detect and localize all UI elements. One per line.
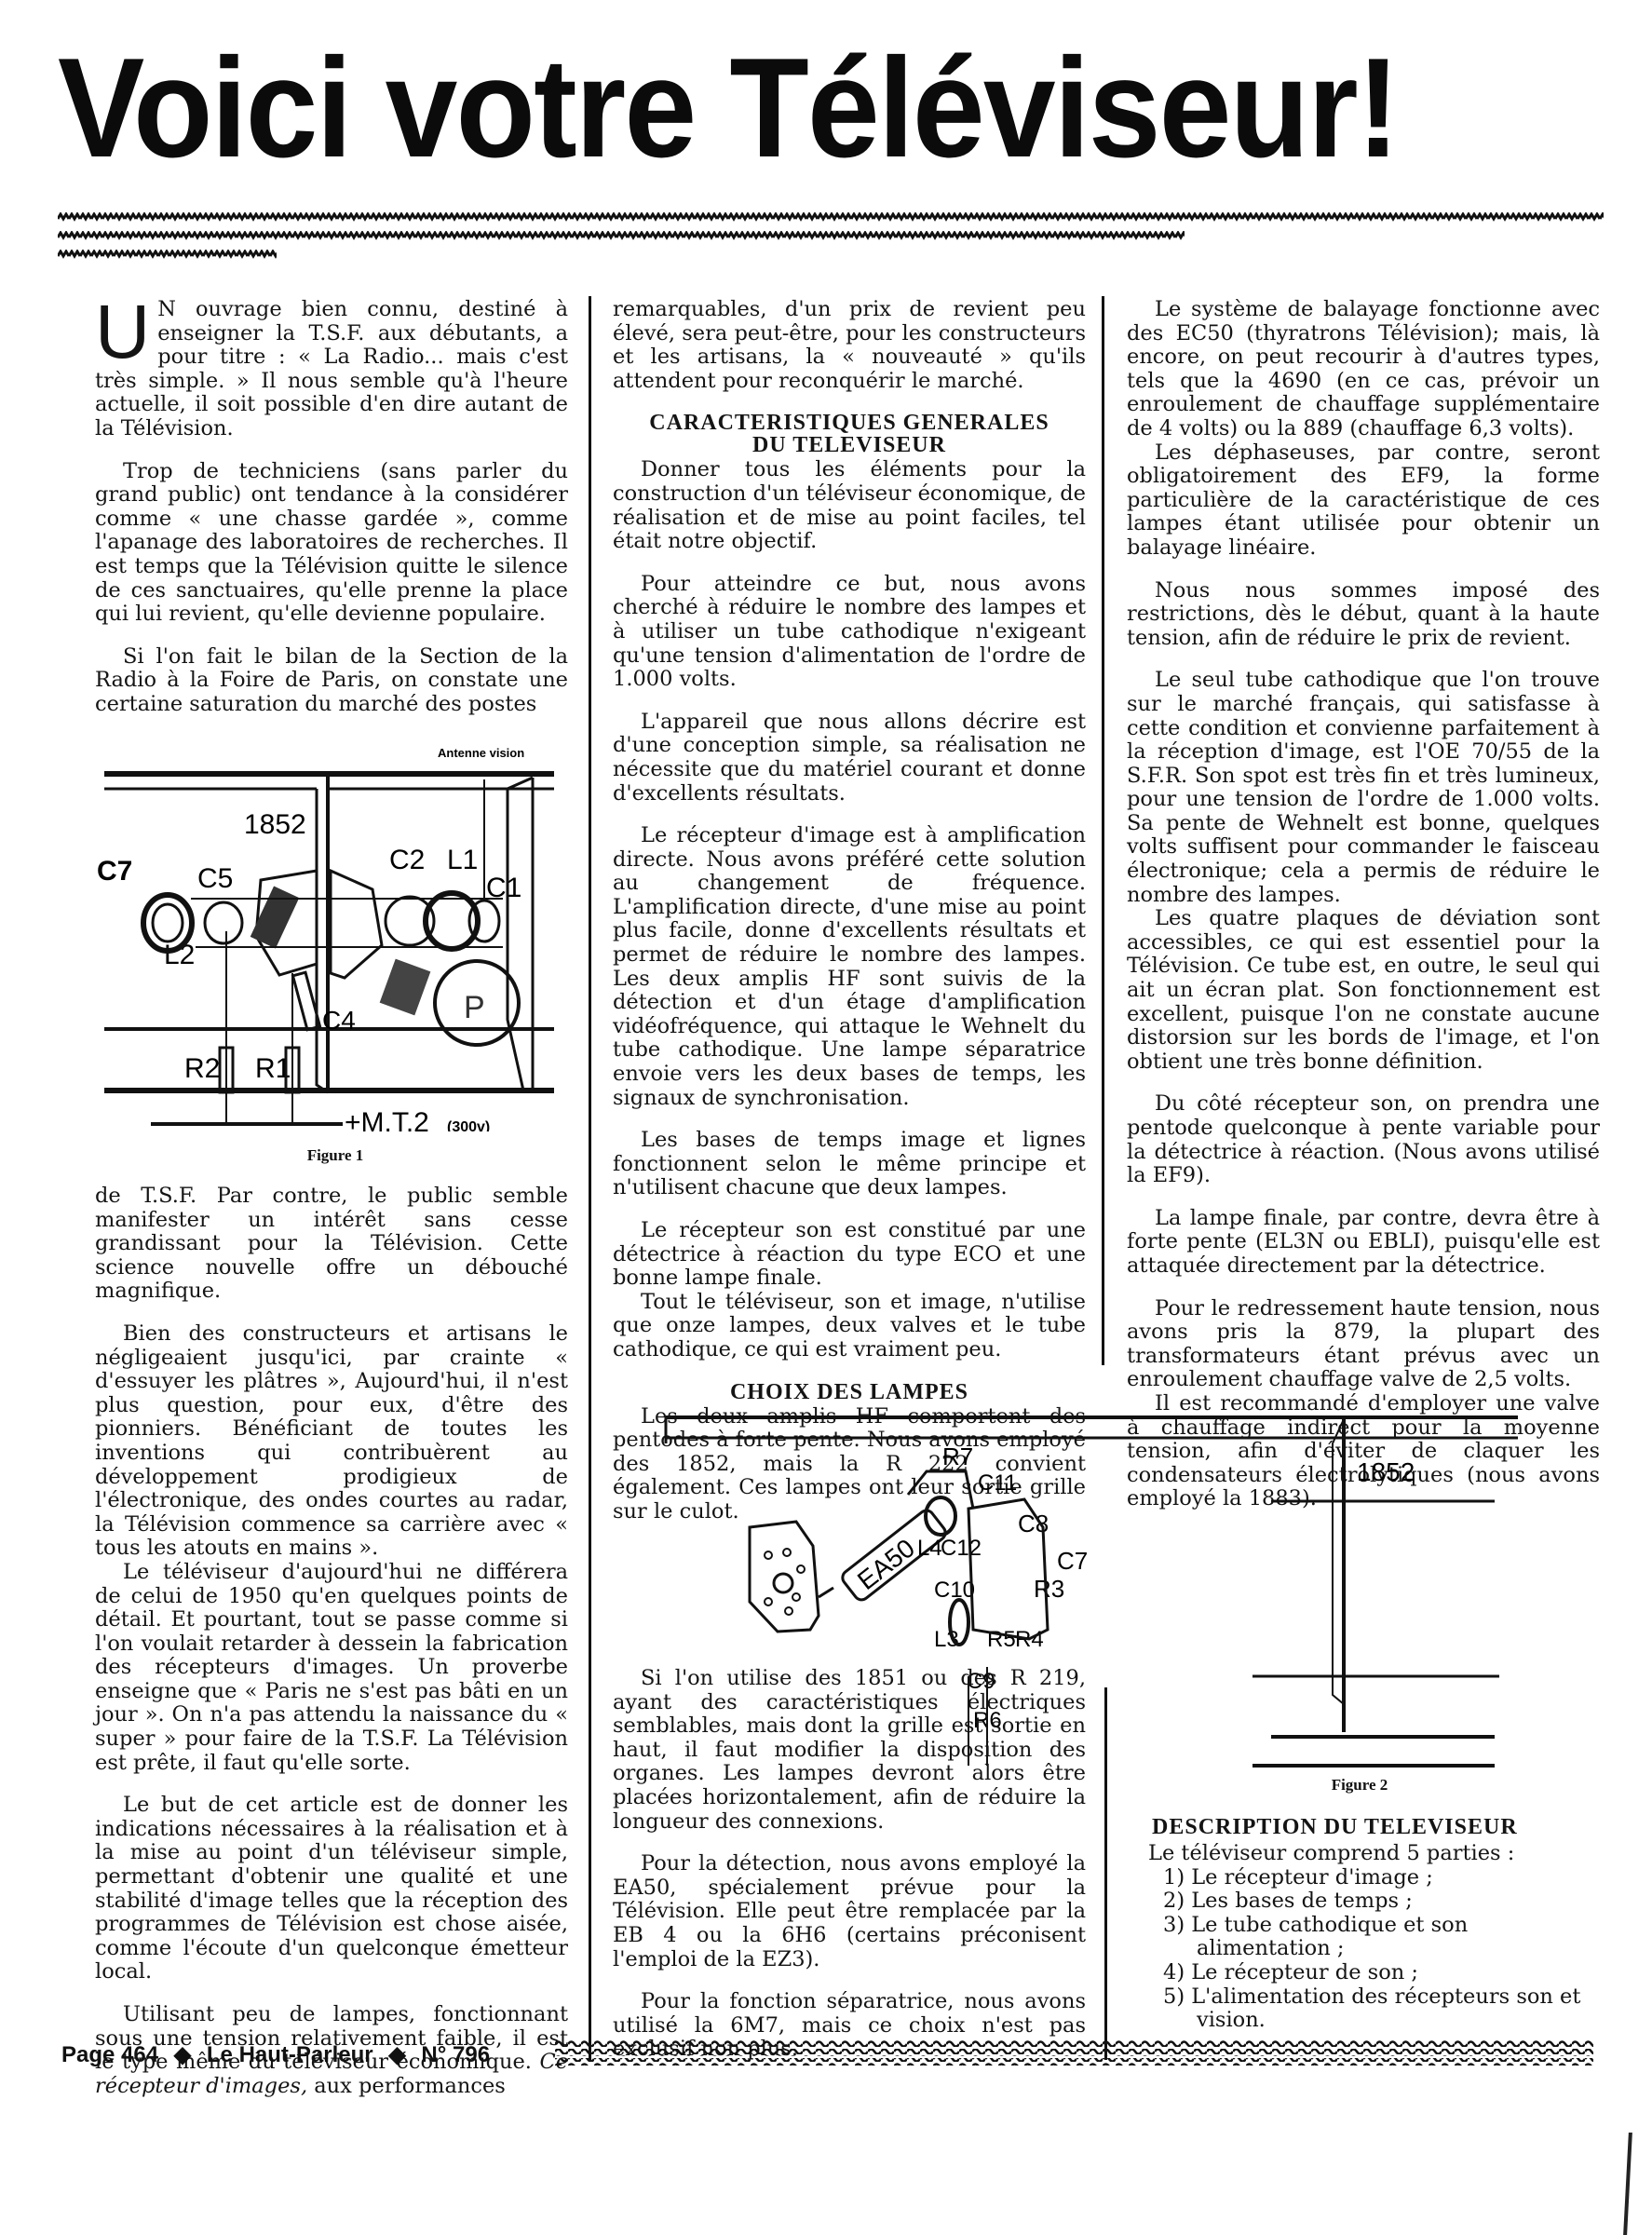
svg-text:C12: C12 xyxy=(941,1536,982,1561)
svg-text:R7: R7 xyxy=(942,1443,973,1470)
antenna-label: Antenne vision xyxy=(438,746,524,760)
issue-number: N° 796 xyxy=(421,2042,490,2067)
section-heading-description: DESCRIPTION DU TELEVISEUR xyxy=(1152,1816,1597,1838)
edge-mark xyxy=(1623,2133,1632,2235)
column-divider-3 xyxy=(1104,1687,1107,2060)
svg-text:C10: C10 xyxy=(934,1578,975,1603)
tube-1852-label: 1852 xyxy=(1357,1457,1415,1486)
list-item: 1) Le récepteur d'image ; xyxy=(1141,1866,1597,1890)
page-footer: Page 464 ◆ Le Haut-Parleur ◆ N° 796 xyxy=(61,2041,490,2068)
parts-list: 1) Le récepteur d'image ; 2) Les bases d… xyxy=(1141,1866,1597,2033)
paragraph: La lampe finale, par contre, devra être … xyxy=(1127,1207,1600,1279)
column-2-bottom: Si l'on utilise des 1851 ou des R 219, a… xyxy=(613,1667,1086,2062)
list-item: 4) Le récepteur de son ; xyxy=(1141,1961,1597,1985)
svg-text:(300v): (300v) xyxy=(447,1119,490,1131)
paragraph: Bien des constructeurs et artisans le né… xyxy=(95,1322,568,1561)
list-intro: Le téléviseur comprend 5 parties : xyxy=(1148,1842,1597,1866)
list-item: 5) L'alimentation des récepteurs son et … xyxy=(1141,1985,1597,2033)
figure-2-caption: Figure 2 xyxy=(1117,1776,1602,1795)
paragraph: Nous nous sommes imposé des restrictions… xyxy=(1127,579,1600,651)
paragraph: Le seul tube cathodique que l'on trouve … xyxy=(1127,669,1600,907)
column-divider-2 xyxy=(1102,296,1104,1365)
svg-text:C2: C2 xyxy=(389,845,425,875)
paragraph: Donner tous les éléments pour la constru… xyxy=(613,458,1086,553)
section-heading-choix-lampes: CHOIX DES LAMPES xyxy=(613,1381,1086,1403)
column-3-bottom: DESCRIPTION DU TELEVISEUR Le téléviseur … xyxy=(1141,1816,1597,2033)
column-1-top: UN ouvrage bien connu, destiné à enseign… xyxy=(95,298,568,717)
svg-text:C11: C11 xyxy=(978,1470,1017,1496)
paragraph: Trop de techniciens (sans parler du gran… xyxy=(95,460,568,627)
paragraph: Le récepteur d'image est à amplification… xyxy=(613,824,1086,1110)
list-item: 3) Le tube cathodique et son alimentatio… xyxy=(1141,1914,1597,1961)
paragraph: Pour le redressement haute tension, nous… xyxy=(1127,1297,1600,1392)
column-3: Le système de balayage fonctionne avec d… xyxy=(1127,298,1600,1511)
paragraph: de T.S.F. Par contre, le public semble m… xyxy=(95,1185,568,1304)
footer-wave-rules xyxy=(555,2039,1593,2069)
list-item: 2) Les bases de temps ; xyxy=(1141,1890,1597,1914)
paragraph: Le téléviseur d'aujourd'hui ne différera… xyxy=(95,1561,568,1775)
svg-text:R5: R5 xyxy=(987,1627,1016,1652)
tube-1852-label: 1852 xyxy=(244,809,306,840)
svg-text:R2: R2 xyxy=(184,1053,220,1084)
supply-label: +M.T.2 xyxy=(345,1107,429,1131)
column-1-bottom: de T.S.F. Par contre, le public semble m… xyxy=(95,1185,568,2098)
figure-1-caption: Figure 1 xyxy=(93,1146,577,1165)
intro-paragraph: UN ouvrage bien connu, destiné à enseign… xyxy=(95,298,568,441)
paragraph: remarquables, d'un prix de revient peu é… xyxy=(613,298,1086,393)
column-2: remarquables, d'un prix de revient peu é… xyxy=(613,298,1086,1524)
diamond-icon: ◆ xyxy=(388,2042,405,2067)
figure-1: Antenne vision 1852 C7 C5 C2 L1 C1 L2 C4… xyxy=(93,740,577,1169)
svg-text:C4: C4 xyxy=(322,1006,356,1035)
diamond-icon: ◆ xyxy=(174,2042,191,2067)
circuit-diagram-1: Antenne vision 1852 C7 C5 C2 L1 C1 L2 C4… xyxy=(93,740,577,1131)
svg-text:L4: L4 xyxy=(917,1536,942,1561)
svg-text:L1: L1 xyxy=(447,845,478,875)
page-number: Page 464 xyxy=(61,2042,158,2067)
section-heading-caracteristiques: CARACTERISTIQUES GENERALESDU TELEVISEUR xyxy=(613,412,1086,456)
paragraph: Le système de balayage fonctionne avec d… xyxy=(1127,298,1600,441)
paragraph: Le récepteur son est constitué par une d… xyxy=(613,1219,1086,1291)
paragraph: Si l'on utilise des 1851 ou des R 219, a… xyxy=(613,1667,1086,1834)
page-title: Voici votre Téléviseur! xyxy=(58,37,1471,179)
svg-text:C7: C7 xyxy=(97,856,132,887)
paragraph: Les déphaseuses, par contre, seront obli… xyxy=(1127,441,1600,561)
svg-text:C7: C7 xyxy=(1057,1547,1088,1575)
paragraph: Le but de cet article est de donner les … xyxy=(95,1794,568,1984)
svg-text:R3: R3 xyxy=(1034,1575,1064,1603)
paragraph: Les quatre plaques de déviation sont acc… xyxy=(1127,907,1600,1074)
paragraph: Pour la détection, nous avons employé la… xyxy=(613,1852,1086,1971)
paragraph: Les bases de temps image et lignes fonct… xyxy=(613,1129,1086,1200)
title-wave-rules xyxy=(58,212,1604,279)
publication-name: Le Haut-Parleur xyxy=(207,2042,373,2067)
paragraph: Pour atteindre ce but, nous avons cherch… xyxy=(613,573,1086,692)
svg-text:P: P xyxy=(464,990,485,1025)
column-divider-1 xyxy=(589,296,591,2061)
paragraph: Du côté récepteur son, on prendra une pe… xyxy=(1127,1092,1600,1187)
drop-cap: U xyxy=(95,300,150,365)
svg-text:C5: C5 xyxy=(197,863,233,894)
paragraph: L'appareil que nous allons décrire est d… xyxy=(613,711,1086,806)
paragraph: Tout le téléviseur, son et image, n'util… xyxy=(613,1291,1086,1362)
paragraph: Si l'on fait le bilan de la Section de l… xyxy=(95,645,568,717)
